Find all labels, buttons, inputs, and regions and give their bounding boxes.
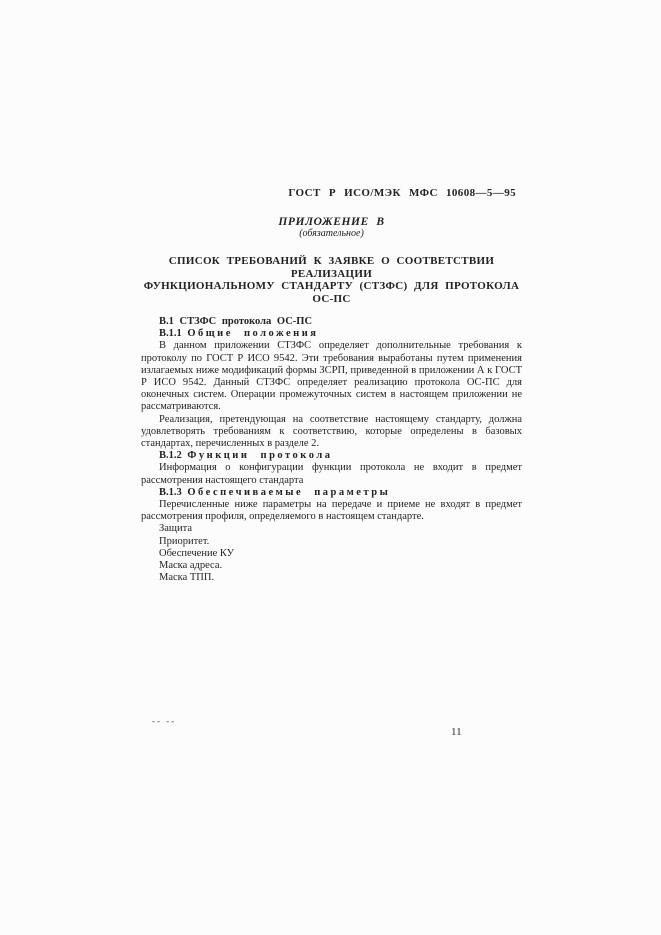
parameter-list-item: Маска адреса. [141,560,522,572]
appendix-label: ПРИЛОЖЕНИЕ В [141,216,522,228]
document-title-line-2: ФУНКЦИОНАЛЬНОМУ СТАНДАРТУ (СТЗФС) ДЛЯ ПР… [141,280,522,305]
clause-b13-heading: В.1.3 Обеспечиваемые параметры [141,487,522,499]
parameter-list-item: Защита [141,523,522,535]
clause-b12-number: В.1.2 [159,450,182,461]
clause-b13-paragraph-1: Перечисленные ниже параметры на передаче… [141,499,522,523]
clause-b13-number: В.1.3 [159,487,182,498]
scan-margin-artifact: -- -- [152,716,176,726]
document-body: В.1 СТЗФС протокола ОС-ПС В.1.1 Общие по… [141,316,522,584]
clause-b12-title: Функции протокола [187,450,332,461]
page-number: 11 [451,726,462,738]
clause-b11-title: Общие положения [187,328,318,339]
clause-b12-heading: В.1.2 Функции протокола [141,450,522,462]
clause-b11-number: В.1.1 [159,328,182,339]
clause-b1-number: В.1 [159,316,174,327]
parameter-list-item: Приоритет. [141,536,522,548]
clause-b13-title: Обеспечиваемые параметры [187,487,390,498]
clause-b1-title: СТЗФС протокола ОС-ПС [180,316,313,327]
running-header: ГОСТ Р ИСО/МЭК МФС 10608—5—95 [141,188,522,199]
clause-b12-paragraph-1: Информация о конфигурации функции проток… [141,462,522,486]
document-title: СПИСОК ТРЕБОВАНИЙ К ЗАЯВКЕ О СООТВЕТСТВИ… [141,255,522,305]
clause-b1-heading: В.1 СТЗФС протокола ОС-ПС [141,316,522,328]
clause-b11-paragraph-2: Реализация, претендующая на соответствие… [141,414,522,451]
clause-b11-heading: В.1.1 Общие положения [141,328,522,340]
scanned-document-page: ГОСТ Р ИСО/МЭК МФС 10608—5—95 ПРИЛОЖЕНИЕ… [0,0,661,935]
parameter-list-item: Обеспечение КУ [141,548,522,560]
parameter-list-item: Маска ТПП. [141,572,522,584]
document-title-line-1: СПИСОК ТРЕБОВАНИЙ К ЗАЯВКЕ О СООТВЕТСТВИ… [141,255,522,280]
clause-b11-paragraph-1: В данном приложении СТЗФС определяет доп… [141,340,522,413]
text-block: ГОСТ Р ИСО/МЭК МФС 10608—5—95 ПРИЛОЖЕНИЕ… [141,188,522,584]
appendix-note: (обязательное) [141,228,522,239]
